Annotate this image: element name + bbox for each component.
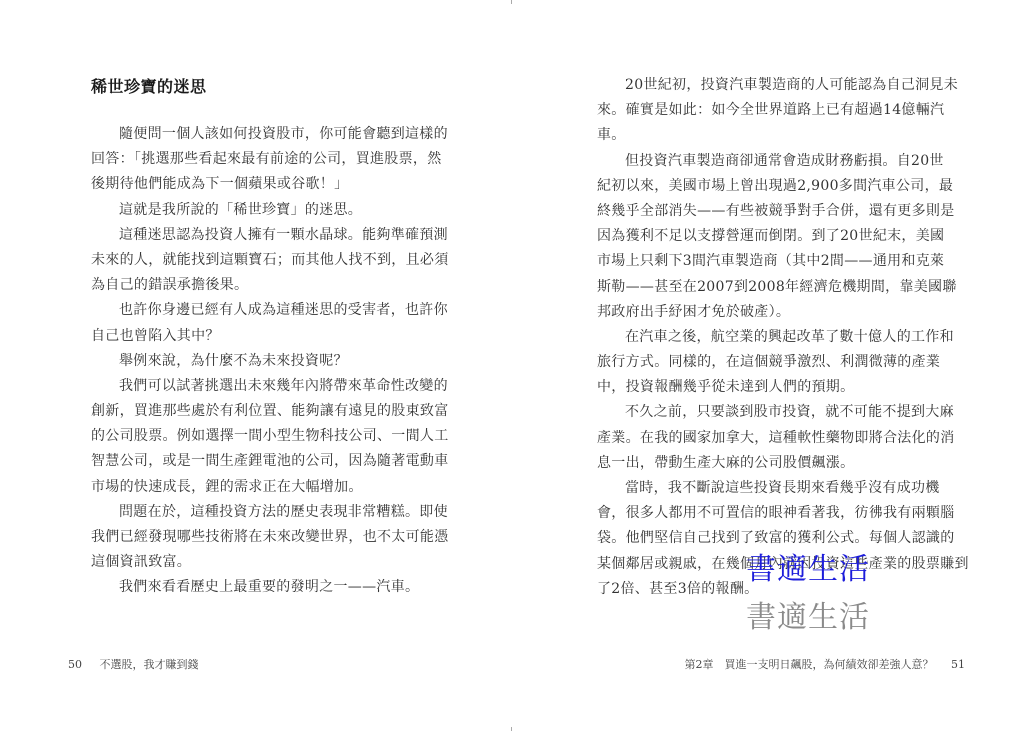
text-line: 舉例來說，為什麼不為未來投資呢？ xyxy=(91,349,429,374)
text-line: 隨便問一個人該如何投資股市，你可能會聽到這樣的 xyxy=(91,122,429,147)
text-line: 斯勒——甚至在2007到2008年經濟危機期間，靠美國聯 xyxy=(597,275,935,300)
text-line: 在汽車之後，航空業的興起改革了數十億人的工作和 xyxy=(597,325,935,350)
text-line: 我們來看看歷史上最重要的發明之一——汽車。 xyxy=(91,575,429,600)
text-line: 的公司股票。例如選擇一間小型生物科技公司、一間人工 xyxy=(91,424,429,449)
text-line: 產業。在我的國家加拿大，這種軟性藥物即將合法化的消 xyxy=(597,426,935,451)
page-number-left: 50 xyxy=(68,658,82,671)
text-line: 但投資汽車製造商卻通常會造成財務虧損。自20世 xyxy=(597,149,935,174)
text-line: 中，投資報酬幾乎從未達到人們的預期。 xyxy=(597,375,935,400)
watermark-blue: 書適生活 xyxy=(746,544,870,588)
page-number-right: 51 xyxy=(951,658,965,671)
text-line: 邦政府出手紓困才免於破產）。 xyxy=(597,300,935,325)
text-line: 問題在於，這種投資方法的歷史表現非常糟糕。即使 xyxy=(91,500,429,525)
text-line: 自己也曾陷入其中？ xyxy=(91,324,429,349)
text-line: 市場的快速成長，鋰的需求正在大幅增加。 xyxy=(91,475,429,500)
text-line: 這種迷思認為投資人擁有一顆水晶球。能夠準確預測 xyxy=(91,223,429,248)
text-line: 紀初以來，美國市場上曾出現過2,900多間汽車公司，最 xyxy=(597,174,935,199)
text-line: 我們已經發現哪些技術將在未來改變世界，也不太可能憑 xyxy=(91,525,429,550)
text-line: 市場上只剩下3間汽車製造商（其中2間——通用和克萊 xyxy=(597,249,935,274)
watermark-gray: 書適生活 xyxy=(746,592,870,636)
right-body-text: 20世紀初，投資汽車製造商的人可能認為自己洞見未來。確實是如此：如今全世界道路上… xyxy=(597,73,935,602)
text-line: 未來的人，就能找到這顆寶石；而其他人找不到，且必須 xyxy=(91,248,429,273)
section-title: 稀世珍寶的迷思 xyxy=(91,74,207,97)
text-line: 來。確實是如此：如今全世界道路上已有超過14億輛汽 xyxy=(597,98,935,123)
text-line: 也許你身邊已經有人成為這種迷思的受害者，也許你 xyxy=(91,298,429,323)
text-line: 後期待他們能成為下一個蘋果或谷歌！」 xyxy=(91,172,429,197)
text-line: 旅行方式。同樣的，在這個競爭激烈、利潤微薄的產業 xyxy=(597,350,935,375)
text-line: 不久之前，只要談到股市投資，就不可能不提到大麻 xyxy=(597,400,935,425)
text-line: 智慧公司，或是一間生產鋰電池的公司，因為隨著電動車 xyxy=(91,449,429,474)
text-line: 因為獲利不足以支撐營運而倒閉。到了20世紀末，美國 xyxy=(597,224,935,249)
text-line: 回答：「挑選那些看起來最有前途的公司，買進股票，然 xyxy=(91,147,429,172)
text-line: 創新，買進那些處於有利位置、能夠讓有遠見的股東致富 xyxy=(91,399,429,424)
right-footer: 第2章 買進一支明日飆股，為何績效卻差強人意？ 51 xyxy=(685,656,966,672)
text-line: 當時，我不斷說這些投資長期來看幾乎沒有成功機 xyxy=(597,476,935,501)
text-line: 為自己的錯誤承擔後果。 xyxy=(91,273,429,298)
text-line: 終幾乎全部消失——有些被競爭對手合併，還有更多則是 xyxy=(597,199,935,224)
text-line: 我們可以試著挑選出未來幾年內將帶來革命性改變的 xyxy=(91,374,429,399)
chapter-title-footer: 第2章 買進一支明日飆股，為何績效卻差強人意？ xyxy=(685,658,934,671)
text-line: 20世紀初，投資汽車製造商的人可能認為自己洞見未 xyxy=(597,73,935,98)
text-line: 會，很多人都用不可置信的眼神看著我，彷彿我有兩顆腦 xyxy=(597,501,935,526)
book-title-footer: 不選股，我才賺到錢 xyxy=(100,658,199,671)
left-footer: 50 不選股，我才賺到錢 xyxy=(68,656,199,672)
left-page: 稀世珍寶的迷思 隨便問一個人該如何投資股市，你可能會聽到這樣的回答：「挑選那些看… xyxy=(0,0,511,731)
text-line: 息一出，帶動生產大麻的公司股價飆漲。 xyxy=(597,451,935,476)
text-line: 這就是我所說的「稀世珍寶」的迷思。 xyxy=(91,198,429,223)
left-body-text: 隨便問一個人該如何投資股市，你可能會聽到這樣的回答：「挑選那些看起來最有前途的公… xyxy=(91,122,429,601)
text-line: 這個資訊致富。 xyxy=(91,550,429,575)
text-line: 車。 xyxy=(597,123,935,148)
